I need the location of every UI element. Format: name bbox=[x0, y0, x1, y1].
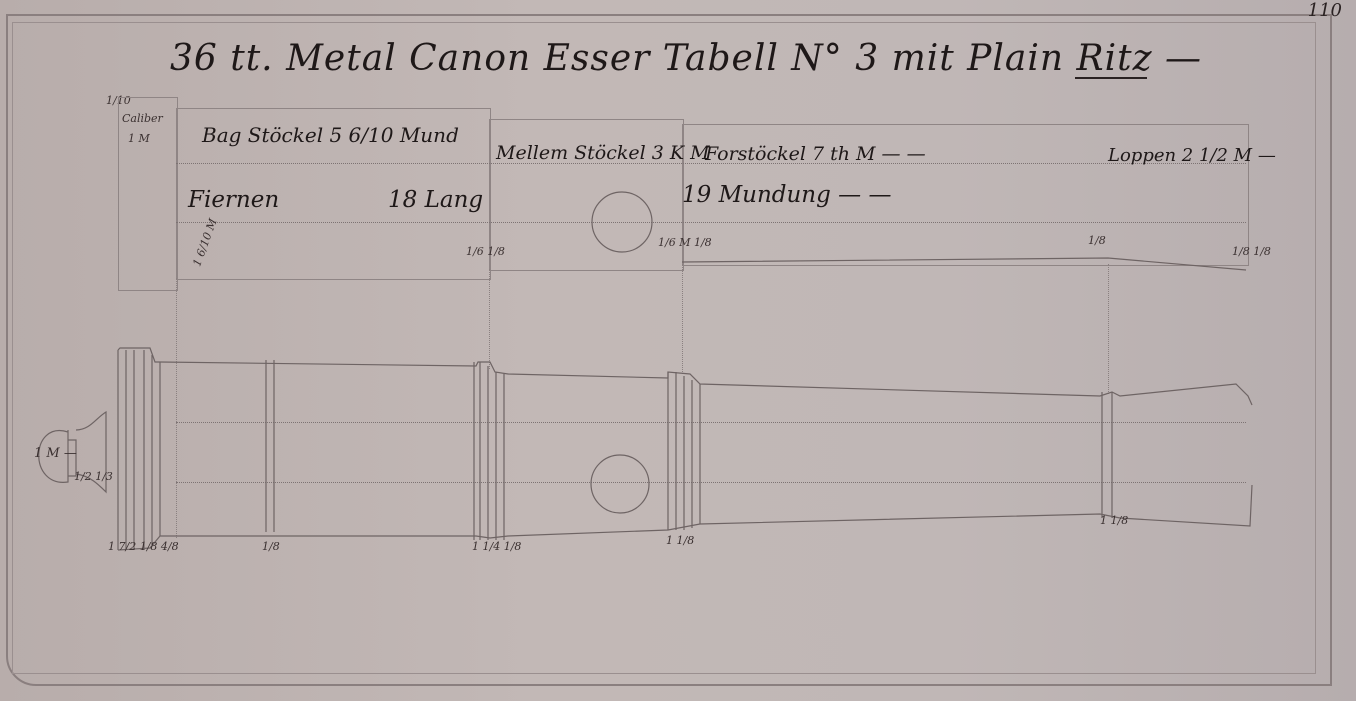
manuscript-page: 110 36 tt. Metal Canon Esser Tabell N° 3… bbox=[0, 0, 1356, 701]
cascabel-marks: 1/2 1/3 bbox=[74, 470, 113, 483]
bottom-mark-loppen: 1 1/8 bbox=[1100, 514, 1128, 527]
bottom-mark-ring: 1/8 bbox=[262, 540, 280, 553]
bottom-mark-mellem: 1 1/4 1/8 bbox=[472, 540, 521, 553]
bottom-mark-breech: 1 7/2 1/8 4/8 bbox=[108, 540, 179, 553]
cascabel-label: 1 M — bbox=[34, 446, 77, 461]
bottom-mark-forstockel: 1 1/8 bbox=[666, 534, 694, 547]
cannon-drawing bbox=[0, 0, 1356, 701]
